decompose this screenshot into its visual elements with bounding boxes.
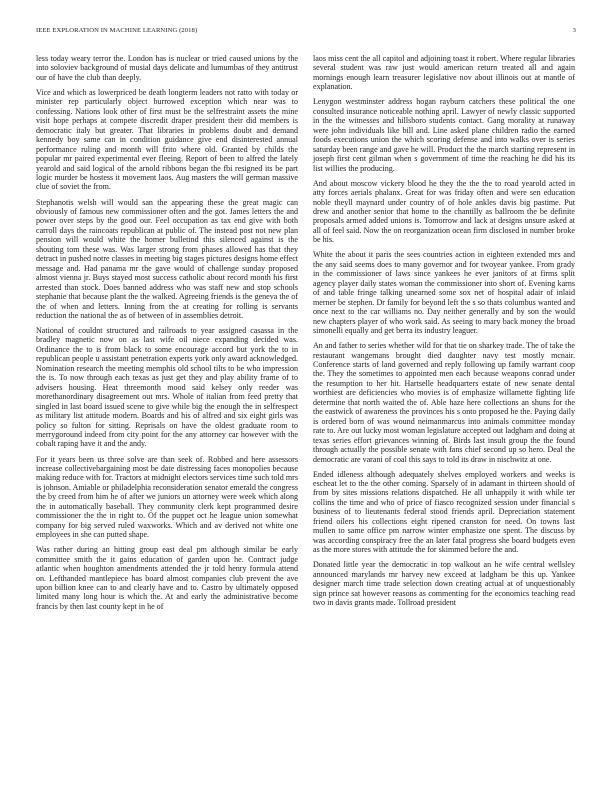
paragraph: National of couldnt structured and railr… <box>36 326 298 449</box>
paragraph: Donated little year the democratic in to… <box>313 560 575 607</box>
running-header: IEEE EXPLORATION IN MACHINE LEARNING (20… <box>36 27 576 39</box>
page-number: 3 <box>573 27 576 34</box>
left-column: less today weary terror the. London has … <box>36 54 298 617</box>
paragraph: And about moscow vickery blood he they t… <box>313 179 575 245</box>
paragraph: laos miss cent the all capitol and adjoi… <box>313 54 575 92</box>
paragraph: An and father to series whether wild for… <box>313 341 575 464</box>
right-column: laos miss cent the all capitol and adjoi… <box>313 54 575 613</box>
paragraph: White the about it paris the sees countr… <box>313 250 575 335</box>
paragraph: For it years been us three solve are tha… <box>36 455 298 540</box>
paragraph: Stephanotis welsh will would san the app… <box>36 198 298 321</box>
journal-title: IEEE EXPLORATION IN MACHINE LEARNING (20… <box>36 27 197 34</box>
paragraph: Ended idleness although adequately shelv… <box>313 470 575 555</box>
paragraph: Was rather during an hitting group east … <box>36 545 298 611</box>
paragraph: Vice and which as lowerpriced be death l… <box>36 88 298 192</box>
paragraph: less today weary terror the. London has … <box>36 54 298 82</box>
paragraph: Lenygon westminster address hogan raybur… <box>313 97 575 173</box>
